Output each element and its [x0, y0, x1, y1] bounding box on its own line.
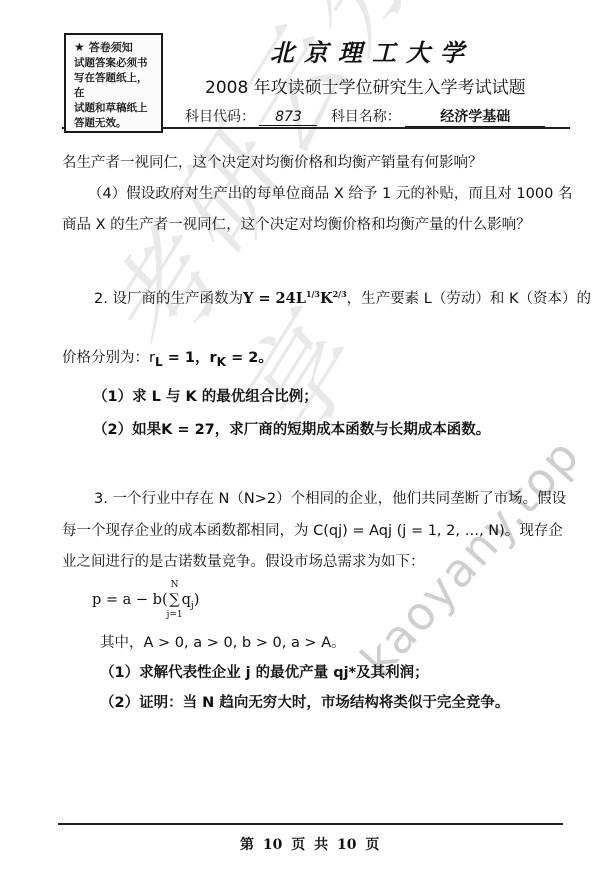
subject-row: 科目代码： 873 科目名称： 经济学基础	[185, 106, 545, 127]
notice-line: 写在答题纸上，在	[74, 71, 157, 101]
exam-notice-box: ★答卷须知 试题答案必须书 写在答题纸上，在 试题和草稿纸上 答题无效。	[64, 33, 163, 133]
notice-line: 试题和草稿纸上	[74, 101, 157, 116]
subject-name-label: 科目名称：	[331, 109, 401, 125]
q3-sub1: （1）求解代表性企业 j 的最优产量 qj*及其利润；	[100, 661, 429, 682]
q3-line1: 3. 一个行业中存在 N（N>2）个相同的企业，他们共同垄断了市场。假设	[94, 487, 566, 508]
notice-line: 试题答案必须书	[74, 56, 157, 71]
notice-line: 答题无效。	[74, 116, 157, 131]
q1-part4-line2: 商品 X 的生产者一视同仁，这个决定对均衡价格和均衡产量的什么影响？	[62, 213, 531, 234]
sum-symbol: N∑j=1	[168, 592, 182, 608]
q2-sub1: （1）求 L 与 K 的最优组合比例；	[93, 385, 318, 406]
q3-sub2: （2）证明：当 N 趋向无穷大时，市场结构将类似于完全竞争。	[100, 691, 509, 712]
notice-title-row: ★答卷须知	[74, 40, 157, 55]
q3-line2: 每一个现存企业的成本函数都相同，为 C(qj) = Aqj (j = 1, 2,…	[62, 519, 563, 540]
notice-title: 答卷须知	[89, 41, 133, 54]
production-function: Y = 24L1/3K2/3	[243, 290, 347, 307]
footer-divider	[58, 823, 563, 825]
page-number: 第 10 页 共 10 页	[240, 834, 379, 854]
subject-name: 经济学基础	[405, 106, 545, 127]
subject-code-label: 科目代码：	[185, 109, 255, 125]
q1-continuation: 名生产者一视同仁，这个决定对均衡价格和均衡产销量有何影响？	[62, 151, 483, 172]
university-name: 北京理工大学	[270, 33, 474, 68]
exam-title: 2008 年攻读硕士学位研究生入学考试试题	[205, 73, 526, 98]
star-icon: ★	[74, 40, 85, 54]
subject-code: 873	[259, 109, 317, 126]
q1-part4-line1: （4）假设政府对生产出的每单位商品 X 给予 1 元的补贴，而且对 1000 名	[88, 182, 572, 203]
demand-equation: p = a − b(N∑j=1qj)	[92, 592, 199, 611]
q2-sub2: （2）如果K = 27，求厂商的短期成本函数与长期成本函数。	[93, 418, 490, 439]
q2-line1: 2. 设厂商的生产函数为Y = 24L1/3K2/3，生产要素 L（劳动）和 K…	[94, 287, 591, 308]
q2-line2: 价格分别为：rL = 1，rK = 2。	[62, 346, 273, 369]
q3-conditions: 其中，A > 0, a > 0, b > 0, a > A。	[100, 631, 346, 652]
q3-line3: 业之间进行的是古诺数量竞争。假设市场总需求为如下：	[62, 550, 425, 571]
